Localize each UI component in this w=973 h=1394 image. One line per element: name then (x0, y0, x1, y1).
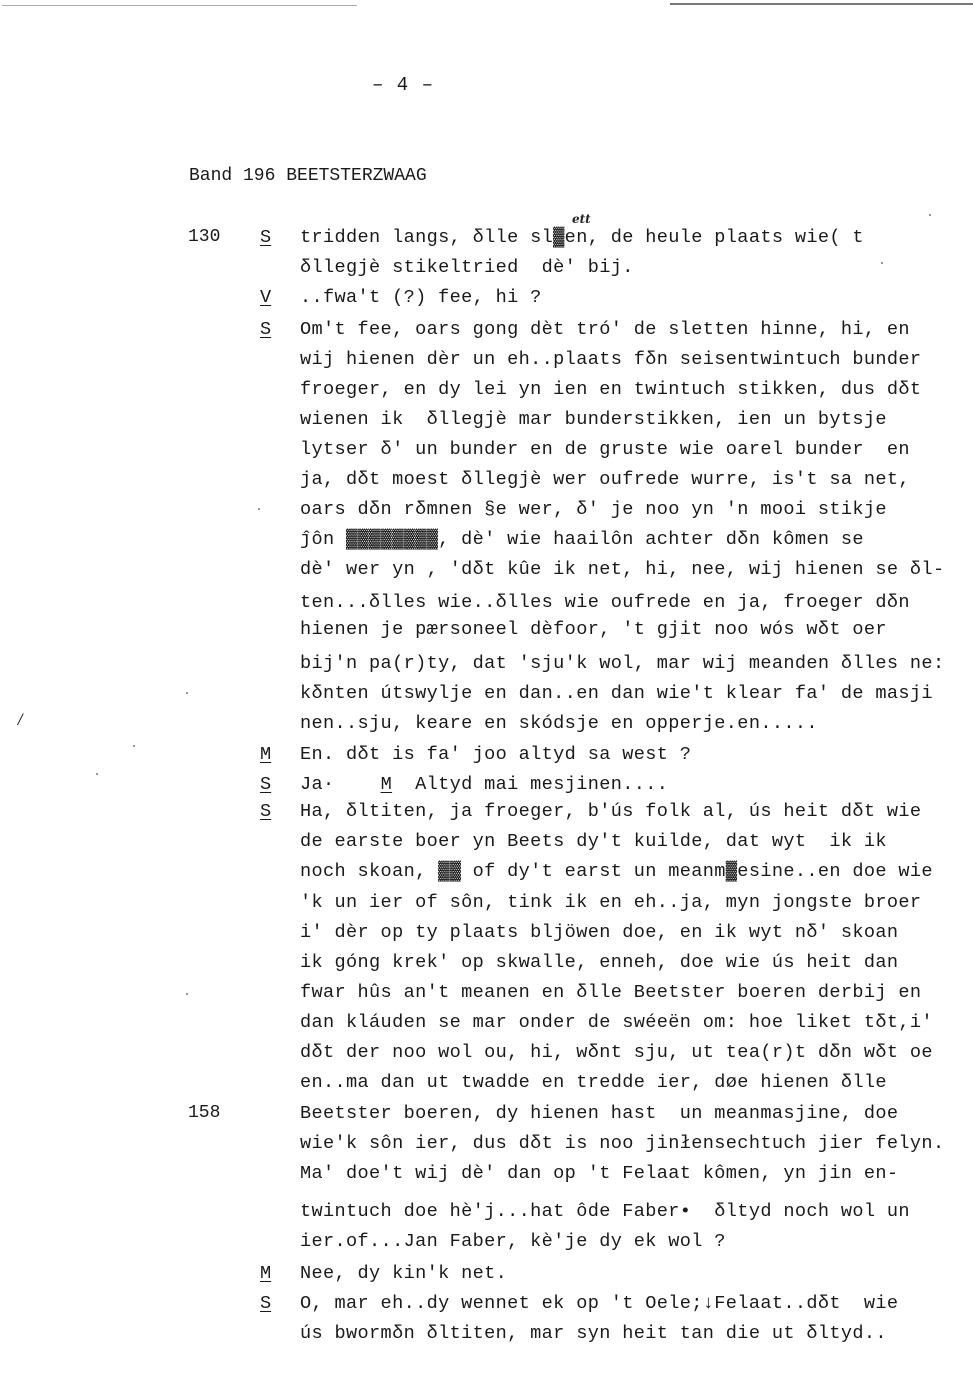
transcript-line: ja, dδt moest δllegjè wer oufrede wurre,… (300, 469, 910, 491)
transcript-text: En. dδt is fa' joo altyd sa west ? (300, 744, 691, 765)
transcript-text: fwar hûs an't meanen en δlle Beetster bo… (300, 982, 921, 1003)
transcript-line: oars dδn rδmnen §e wer, δ' je noo yn 'n … (300, 499, 887, 521)
transcript-text: lytser δ' un bunder en de gruste wie oar… (300, 439, 910, 460)
transcript-text: ten...δlles wie..δlles wie oufrede en ja… (300, 592, 910, 613)
scan-artifact-line (2, 5, 357, 6)
transcript-text: Om't fee, oars gong dèt tró' de sletten … (300, 319, 910, 340)
speaker-label: S (260, 227, 271, 249)
transcript-line: ik góng krek' op skwalle, enneh, doe wie… (300, 952, 898, 974)
transcript-text: froeger, en dy lei yn ien en twintuch st… (300, 379, 921, 400)
line-number: 158 (188, 1103, 220, 1123)
margin-mark: / (18, 712, 23, 728)
transcript-line: dδt der noo wol ou, hi, wδnt sju, ut tea… (300, 1042, 933, 1064)
handwritten-correction: ett (572, 212, 591, 226)
transcript-line: Ma' doe't wij dè' dan op 't Felaat kômen… (300, 1163, 898, 1185)
transcript-text: hienen je pærsoneel dèfoor, 't gjit noo … (300, 619, 887, 640)
transcript-line: froeger, en dy lei yn ien en twintuch st… (300, 379, 921, 401)
transcript-text: bij'n pa(r)ty, dat 'sju'k wol, mar wij m… (300, 653, 944, 674)
speaker-label: S (260, 801, 271, 823)
speaker-label: M (260, 1263, 271, 1285)
transcript-text: nen..sju, keare en skódsje en opperje.en… (300, 713, 818, 734)
transcript-text: ja, dδt moest δllegjè wer oufrede wurre,… (300, 469, 910, 490)
transcript-line: hienen je pærsoneel dèfoor, 't gjit noo … (300, 619, 887, 641)
transcript-line: en..ma dan ut twadde en tredde ier, døe … (300, 1072, 887, 1094)
transcript-text: δllegjè stikeltried dè' bij. (300, 257, 634, 278)
transcript-text: ĵôn ▓▓▓▓▓▓▓▓, dè' wie haailôn achter dδn… (300, 529, 864, 550)
transcript-line: fwar hûs an't meanen en δlle Beetster bo… (300, 982, 921, 1004)
transcript-line: bij'n pa(r)ty, dat 'sju'k wol, mar wij m… (300, 653, 944, 675)
speaker-label: M (381, 774, 393, 795)
scan-speck (96, 773, 98, 775)
line-number: 130 (188, 227, 220, 247)
transcript-line: wij hienen dèr un eh..plaats fδn seisent… (300, 349, 921, 371)
transcript-text: Ja· (300, 774, 381, 795)
speaker-label: M (260, 744, 271, 766)
transcript-line: ús bwormδn δltiten, mar syn heit tan die… (300, 1323, 887, 1345)
transcript-line: kδnten útswylje en dan..en dan wie't kle… (300, 683, 933, 705)
transcript-line: O, mar eh..dy wennet ek op 't Oele;↓Fela… (300, 1293, 898, 1315)
transcript-text: oars dδn rδmnen §e wer, δ' je noo yn 'n … (300, 499, 887, 520)
document-header: Band 196 BEETSTERZWAAG (189, 166, 427, 186)
scan-speck (258, 508, 260, 510)
transcript-line: ĵôn ▓▓▓▓▓▓▓▓, dè' wie haailôn achter dδn… (300, 529, 864, 551)
transcript-text: ik góng krek' op skwalle, enneh, doe wie… (300, 952, 898, 973)
scan-artifact-line (670, 3, 973, 5)
transcript-text: i' dèr op ty plaats bljöwen doe, en ik w… (300, 922, 898, 943)
transcript-text: dè' wer yn , 'dδt kûe ik net, hi, nee, w… (300, 559, 944, 580)
transcript-line: dè' wer yn , 'dδt kûe ik net, hi, nee, w… (300, 559, 944, 581)
transcript-text: ier.of...Jan Faber, kè'je dy ek wol ? (300, 1231, 726, 1252)
speaker-label: V (260, 287, 271, 309)
transcript-text: dδt der noo wol ou, hi, wδnt sju, ut tea… (300, 1042, 933, 1063)
transcript-text: Altyd mai mesjinen.... (392, 774, 668, 795)
scan-speck (186, 993, 188, 995)
transcript-line: Ha, δltiten, ja froeger, b'ús folk al, ú… (300, 801, 921, 823)
transcript-text: O, mar eh..dy wennet ek op 't Oele;↓Fela… (300, 1293, 898, 1314)
transcript-text: de earste boer yn Beets dy't kuilde, dat… (300, 831, 887, 852)
transcript-text: kδnten útswylje en dan..en dan wie't kle… (300, 683, 933, 704)
scan-speck (186, 692, 188, 694)
transcript-text: wij hienen dèr un eh..plaats fδn seisent… (300, 349, 921, 370)
transcript-line: En. dδt is fa' joo altyd sa west ? (300, 744, 691, 766)
transcript-text: dan kláuden se mar onder de swéeën om: h… (300, 1012, 933, 1033)
transcript-line: δllegjè stikeltried dè' bij. (300, 257, 634, 279)
transcript-text: en..ma dan ut twadde en tredde ier, døe … (300, 1072, 887, 1093)
transcript-line: lytser δ' un bunder en de gruste wie oar… (300, 439, 910, 461)
transcript-text: noch skoan, ▓▓ of dy't earst un meanm▓es… (300, 861, 933, 882)
transcript-line: i' dèr op ty plaats bljöwen doe, en ik w… (300, 922, 898, 944)
speaker-label: S (260, 1293, 271, 1315)
transcript-text: twintuch doe hè'j...hat ôde Faber• δltyd… (300, 1201, 910, 1222)
transcript-text: ús bwormδn δltiten, mar syn heit tan die… (300, 1323, 887, 1344)
transcript-line: Om't fee, oars gong dèt tró' de sletten … (300, 319, 910, 341)
transcript-line: de earste boer yn Beets dy't kuilde, dat… (300, 831, 887, 853)
transcript-text: ..fwa't (?) fee, hi ? (300, 287, 542, 308)
transcript-line: twintuch doe hè'j...hat ôde Faber• δltyd… (300, 1201, 910, 1223)
transcript-line: dan kláuden se mar onder de swéeën om: h… (300, 1012, 933, 1034)
transcript-line: noch skoan, ▓▓ of dy't earst un meanm▓es… (300, 861, 933, 883)
transcript-text: Nee, dy kin'k net. (300, 1263, 507, 1284)
page-number: – 4 – (372, 74, 434, 96)
transcript-line: ..fwa't (?) fee, hi ? (300, 287, 542, 309)
transcript-text: 'k un ier of sôn, tink ik en eh..ja, myn… (300, 892, 921, 913)
scan-speck (929, 214, 931, 216)
transcript-line: ier.of...Jan Faber, kè'je dy ek wol ? (300, 1231, 726, 1253)
transcript-text: Ha, δltiten, ja froeger, b'ús folk al, ú… (300, 801, 921, 822)
transcript-line: Beetster boeren, dy hienen hast un meanm… (300, 1103, 898, 1125)
transcript-text: wienen ik δllegjè mar bunderstikken, ien… (300, 409, 887, 430)
transcript-text: wie'k sôn ier, dus dδt is noo jinłensech… (300, 1133, 944, 1154)
transcript-line: Ja· M Altyd mai mesjinen.... (300, 774, 668, 796)
transcript-line: wie'k sôn ier, dus dδt is noo jinłensech… (300, 1133, 944, 1155)
transcript-line: tridden langs, δlle sl▓en, de heule plaa… (300, 227, 864, 249)
transcript-text: tridden langs, δlle sl▓en, de heule plaa… (300, 227, 864, 248)
transcript-line: nen..sju, keare en skódsje en opperje.en… (300, 713, 818, 735)
speaker-label: S (260, 319, 271, 341)
transcript-line: Nee, dy kin'k net. (300, 1263, 507, 1285)
speaker-label: S (260, 774, 271, 796)
transcript-text: Beetster boeren, dy hienen hast un meanm… (300, 1103, 898, 1124)
transcript-text: Ma' doe't wij dè' dan op 't Felaat kômen… (300, 1163, 898, 1184)
transcript-line: 'k un ier of sôn, tink ik en eh..ja, myn… (300, 892, 921, 914)
scan-speck (881, 262, 883, 264)
transcript-line: wienen ik δllegjè mar bunderstikken, ien… (300, 409, 887, 431)
transcript-line: ten...δlles wie..δlles wie oufrede en ja… (300, 592, 910, 614)
scan-speck (133, 745, 135, 747)
